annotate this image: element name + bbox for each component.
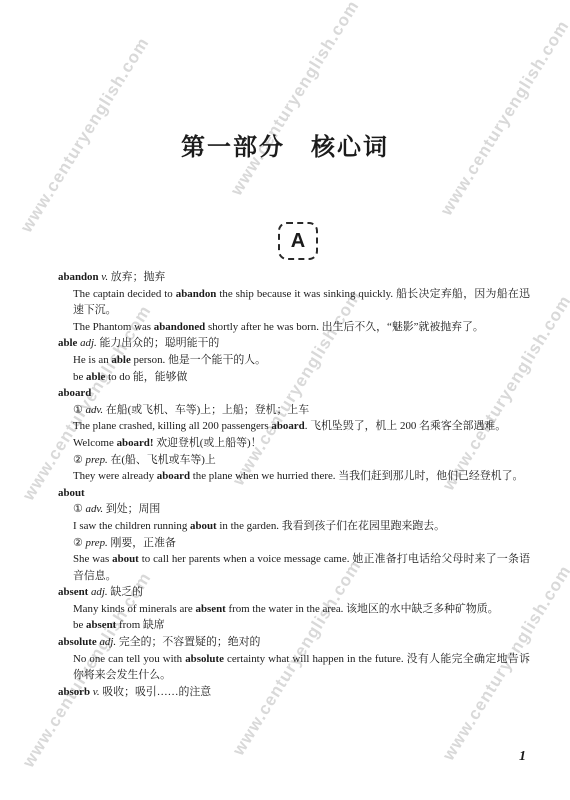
entry-example-line: be able to do 能，能够做 (73, 369, 530, 386)
entry-headword-line: able adj. 能力出众的；聪明能干的 (58, 335, 530, 352)
book-page: www.centuryenglish.com www.centuryenglis… (0, 0, 570, 800)
entry-example-line: ① adv. 到处；周围 (73, 501, 530, 518)
entry-headword-line: absent adj. 缺乏的 (58, 584, 530, 601)
entry-example-line: They were already aboard the plane when … (73, 468, 530, 485)
entry-example-line: ① adv. 在船(或飞机、车等)上；上船；登机；上车 (73, 402, 530, 419)
watermark-text: www.centuryenglish.com (437, 17, 570, 220)
entry-example-line: Welcome aboard! 欢迎登机(或上船等)！ (73, 435, 530, 452)
entry-example-line: The Phantom was abandoned shortly after … (73, 319, 530, 336)
entry-example-line: No one can tell you with absolute certai… (73, 651, 530, 684)
entry-example-line: She was about to call her parents when a… (73, 551, 530, 584)
section-title: 第一部分 核心词 (0, 127, 570, 162)
entry-example-line: He is an able person. 他是一个能干的人。 (73, 352, 530, 369)
entry-example-line: ② prep. 在(船、飞机或车等)上 (73, 452, 530, 469)
entries: abandon v. 放弃；抛弃The captain decided to a… (58, 269, 530, 700)
entry-example-line: The plane crashed, killing all 200 passe… (73, 418, 530, 435)
letter-section-label: A (291, 230, 305, 253)
entry-example-line: be absent from 缺席 (73, 617, 530, 634)
entry-example-line: The captain decided to abandon the ship … (73, 286, 530, 319)
entry-headword-line: absorb v. 吸收；吸引……的注意 (58, 684, 530, 701)
entry-example-line: Many kinds of minerals are absent from t… (73, 601, 530, 618)
entry-headword-line: absolute adj. 完全的；不容置疑的；绝对的 (58, 634, 530, 651)
entry-headword-line: abandon v. 放弃；抛弃 (58, 269, 530, 286)
entry-example-line: ② prep. 刚要，正准备 (73, 535, 530, 552)
entry-headword-line: aboard (58, 385, 530, 402)
watermark-text: www.centuryenglish.com (227, 0, 364, 199)
letter-section-box: A (278, 222, 318, 260)
entry-headword-line: about (58, 485, 530, 502)
page-number: 1 (519, 749, 526, 765)
entry-example-line: I saw the children running about in the … (73, 518, 530, 535)
